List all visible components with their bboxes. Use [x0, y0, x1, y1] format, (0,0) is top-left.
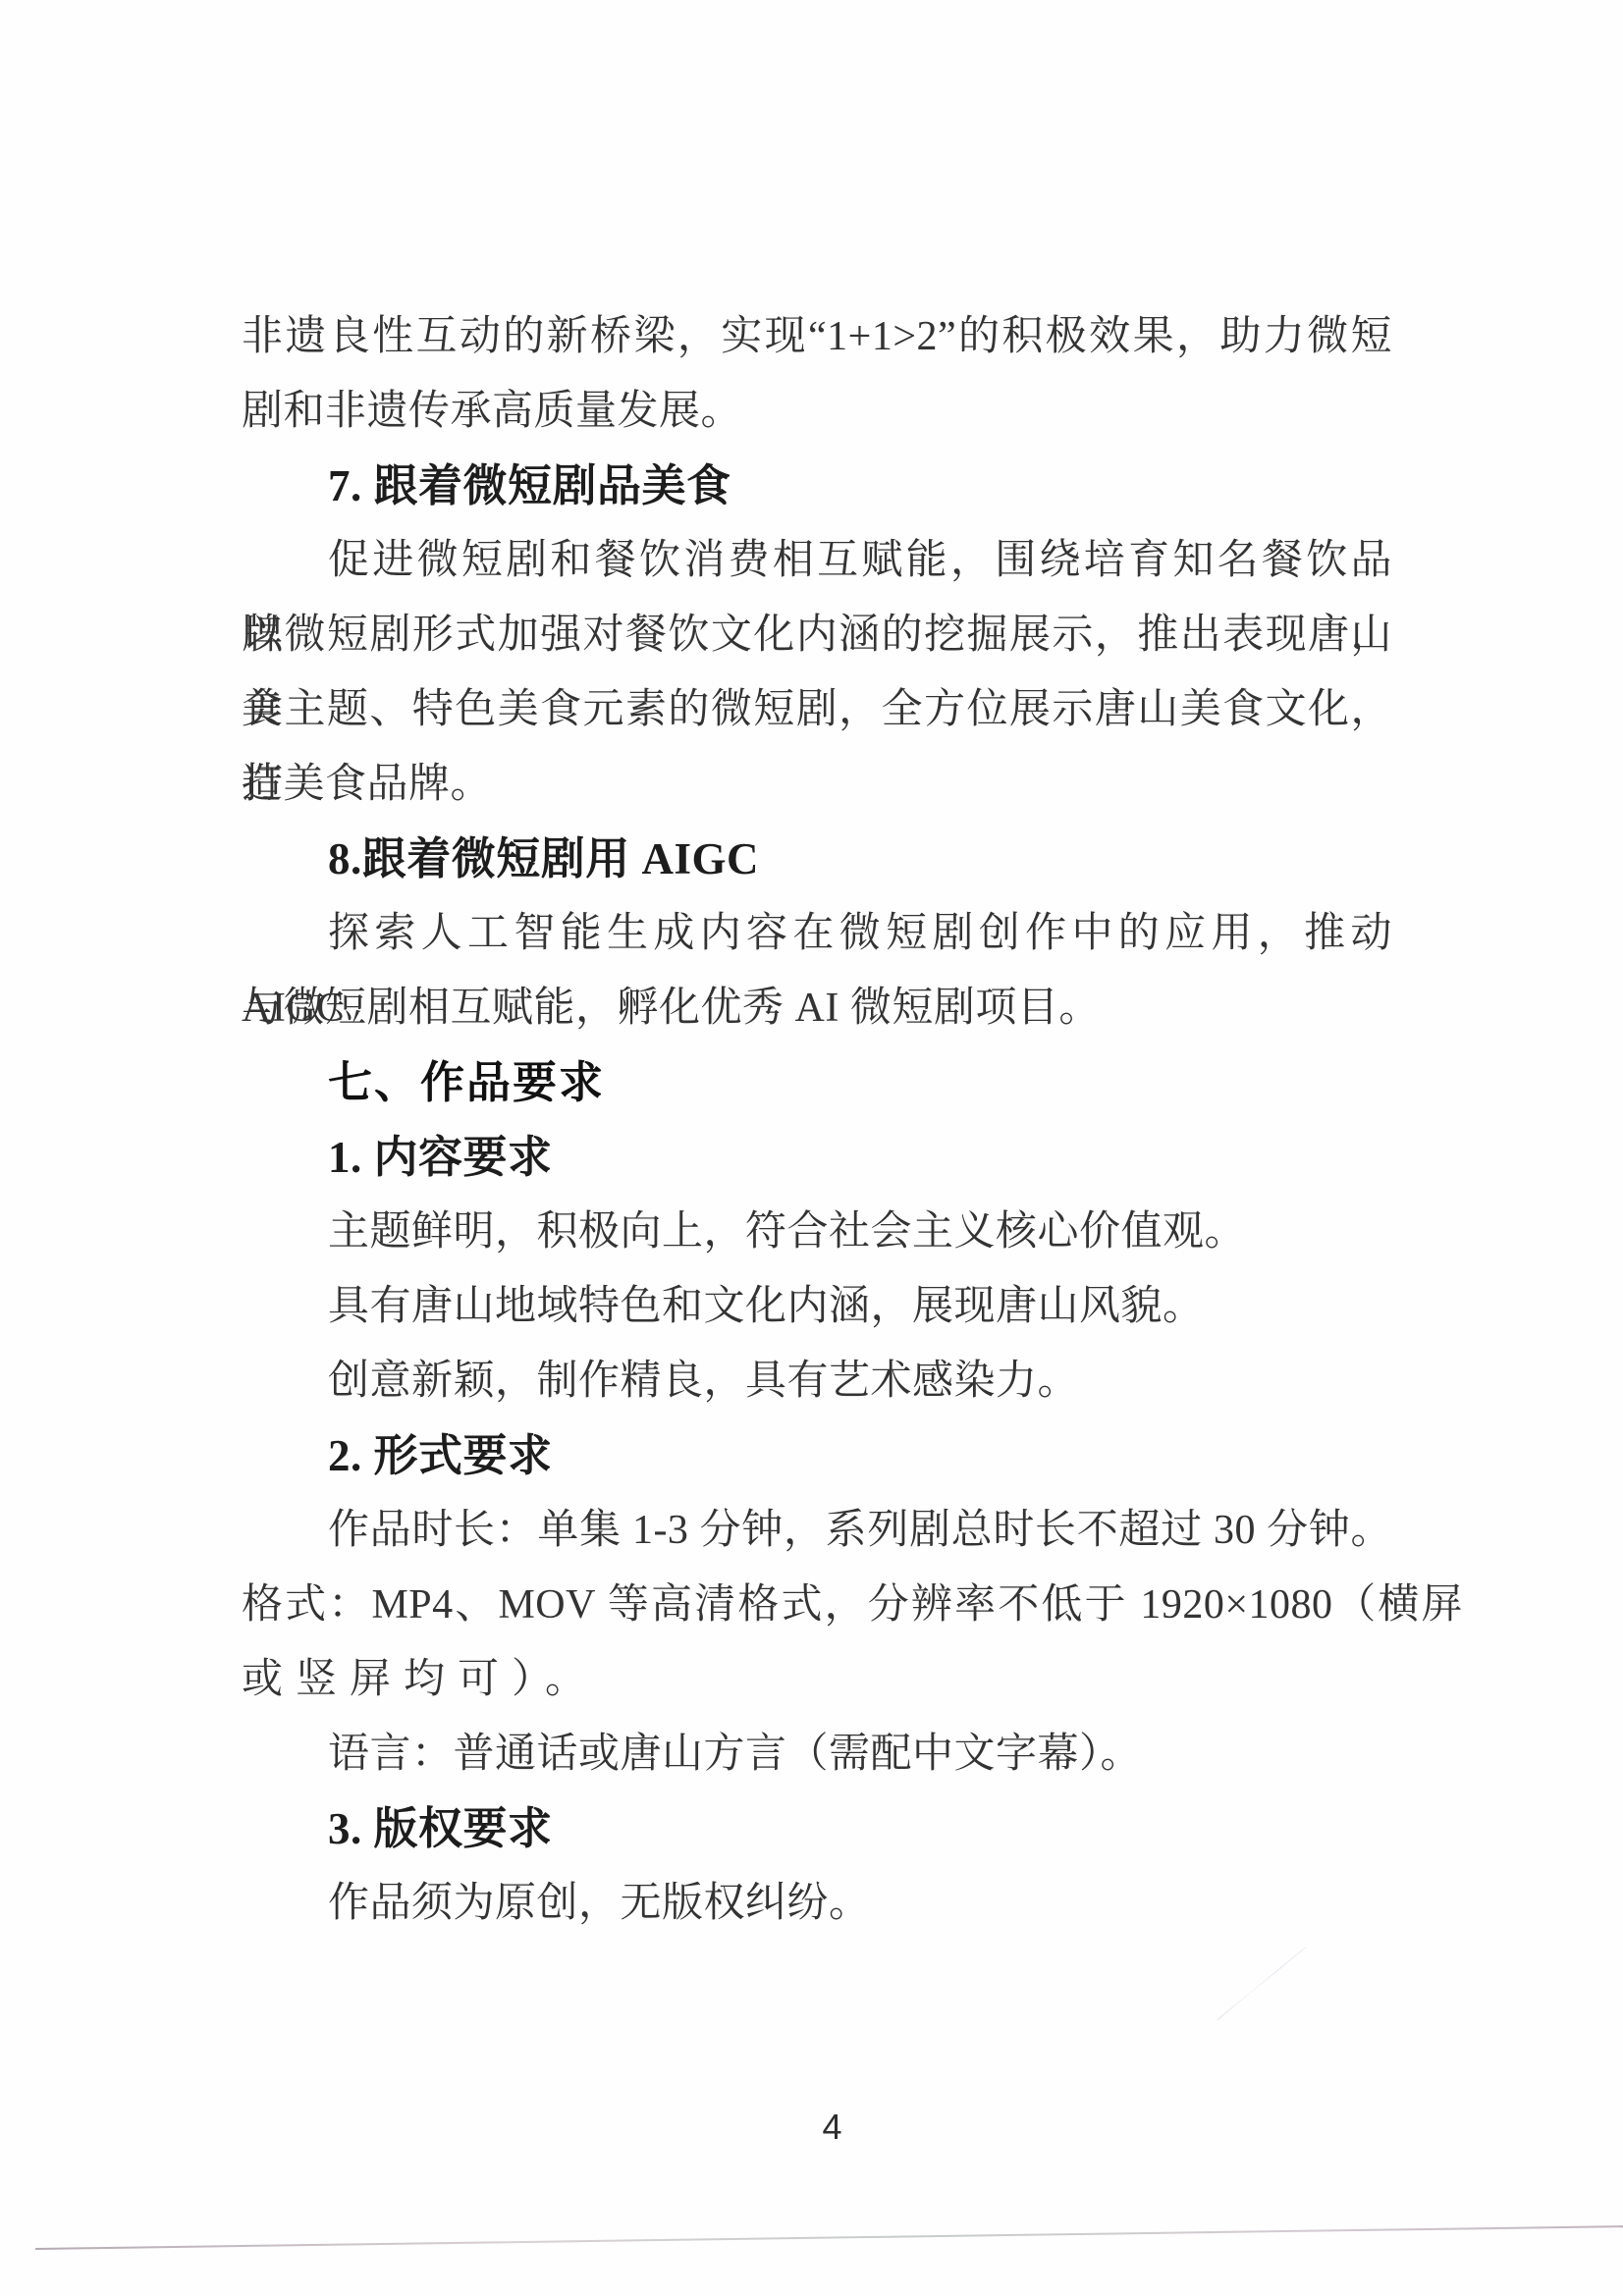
page-number: 4	[0, 2107, 1623, 2148]
scan-scratch-artifact	[1217, 1947, 1307, 2020]
text-line: 语言：普通话或唐山方言（需配中文字幕）。	[242, 1717, 1392, 1791]
text-line: 作品时长：单集 1-3 分钟，系列剧总时长不超过 30 分钟。	[242, 1493, 1392, 1568]
text-line: 或竖屏均可）。	[242, 1642, 1392, 1717]
text-line: 作品须为原创，无版权纠纷。	[242, 1866, 1392, 1941]
scanned-document-page: 非遗良性互动的新桥梁，实现“1+1>2”的积极效果，助力微短 剧和非遗传承高质量…	[0, 0, 1623, 2296]
text-line: 造美食品牌。	[242, 747, 1392, 822]
heading-section-7-work-requirements: 七、作品要求	[242, 1045, 1392, 1120]
text-line: 探索人工智能生成内容在微短剧创作中的应用，推动 AIGC	[242, 896, 1392, 971]
text-line: 具有唐山地域特色和文化内涵，展现唐山风貌。	[242, 1269, 1392, 1344]
text-line: 剧和非遗传承高质量发展。	[242, 374, 1392, 449]
text-line: 非遗良性互动的新桥梁，实现“1+1>2”的积极效果，助力微短	[242, 299, 1392, 374]
heading-8-aigc: 8.跟着微短剧用 AIGC	[242, 822, 1392, 896]
text-line: 主题鲜明，积极向上，符合社会主义核心价值观。	[242, 1195, 1392, 1269]
text-line: 食主题、特色美食元素的微短剧，全方位展示唐山美食文化，打	[242, 672, 1392, 747]
text-line: 与微短剧相互赋能，孵化优秀 AI 微短剧项目。	[242, 971, 1392, 1045]
text-line: 促进微短剧和餐饮消费相互赋能，围绕培育知名餐饮品牌，	[242, 523, 1392, 598]
heading-3-copyright-requirements: 3. 版权要求	[242, 1791, 1392, 1866]
heading-1-content-requirements: 1. 内容要求	[242, 1120, 1392, 1195]
heading-2-format-requirements: 2. 形式要求	[242, 1418, 1392, 1493]
heading-7-food: 7. 跟着微短剧品美食	[242, 449, 1392, 523]
scan-edge-line-artifact	[35, 2225, 1623, 2250]
text-line: 创意新颖，制作精良，具有艺术感染力。	[242, 1344, 1392, 1418]
text-line: 以微短剧形式加强对餐饮文化内涵的挖掘展示，推出表现唐山美	[242, 598, 1392, 672]
document-text-block: 非遗良性互动的新桥梁，实现“1+1>2”的积极效果，助力微短 剧和非遗传承高质量…	[242, 299, 1392, 1941]
text-line: 格式：MP4、MOV 等高清格式，分辨率不低于 1920×1080（横屏	[242, 1568, 1463, 1642]
